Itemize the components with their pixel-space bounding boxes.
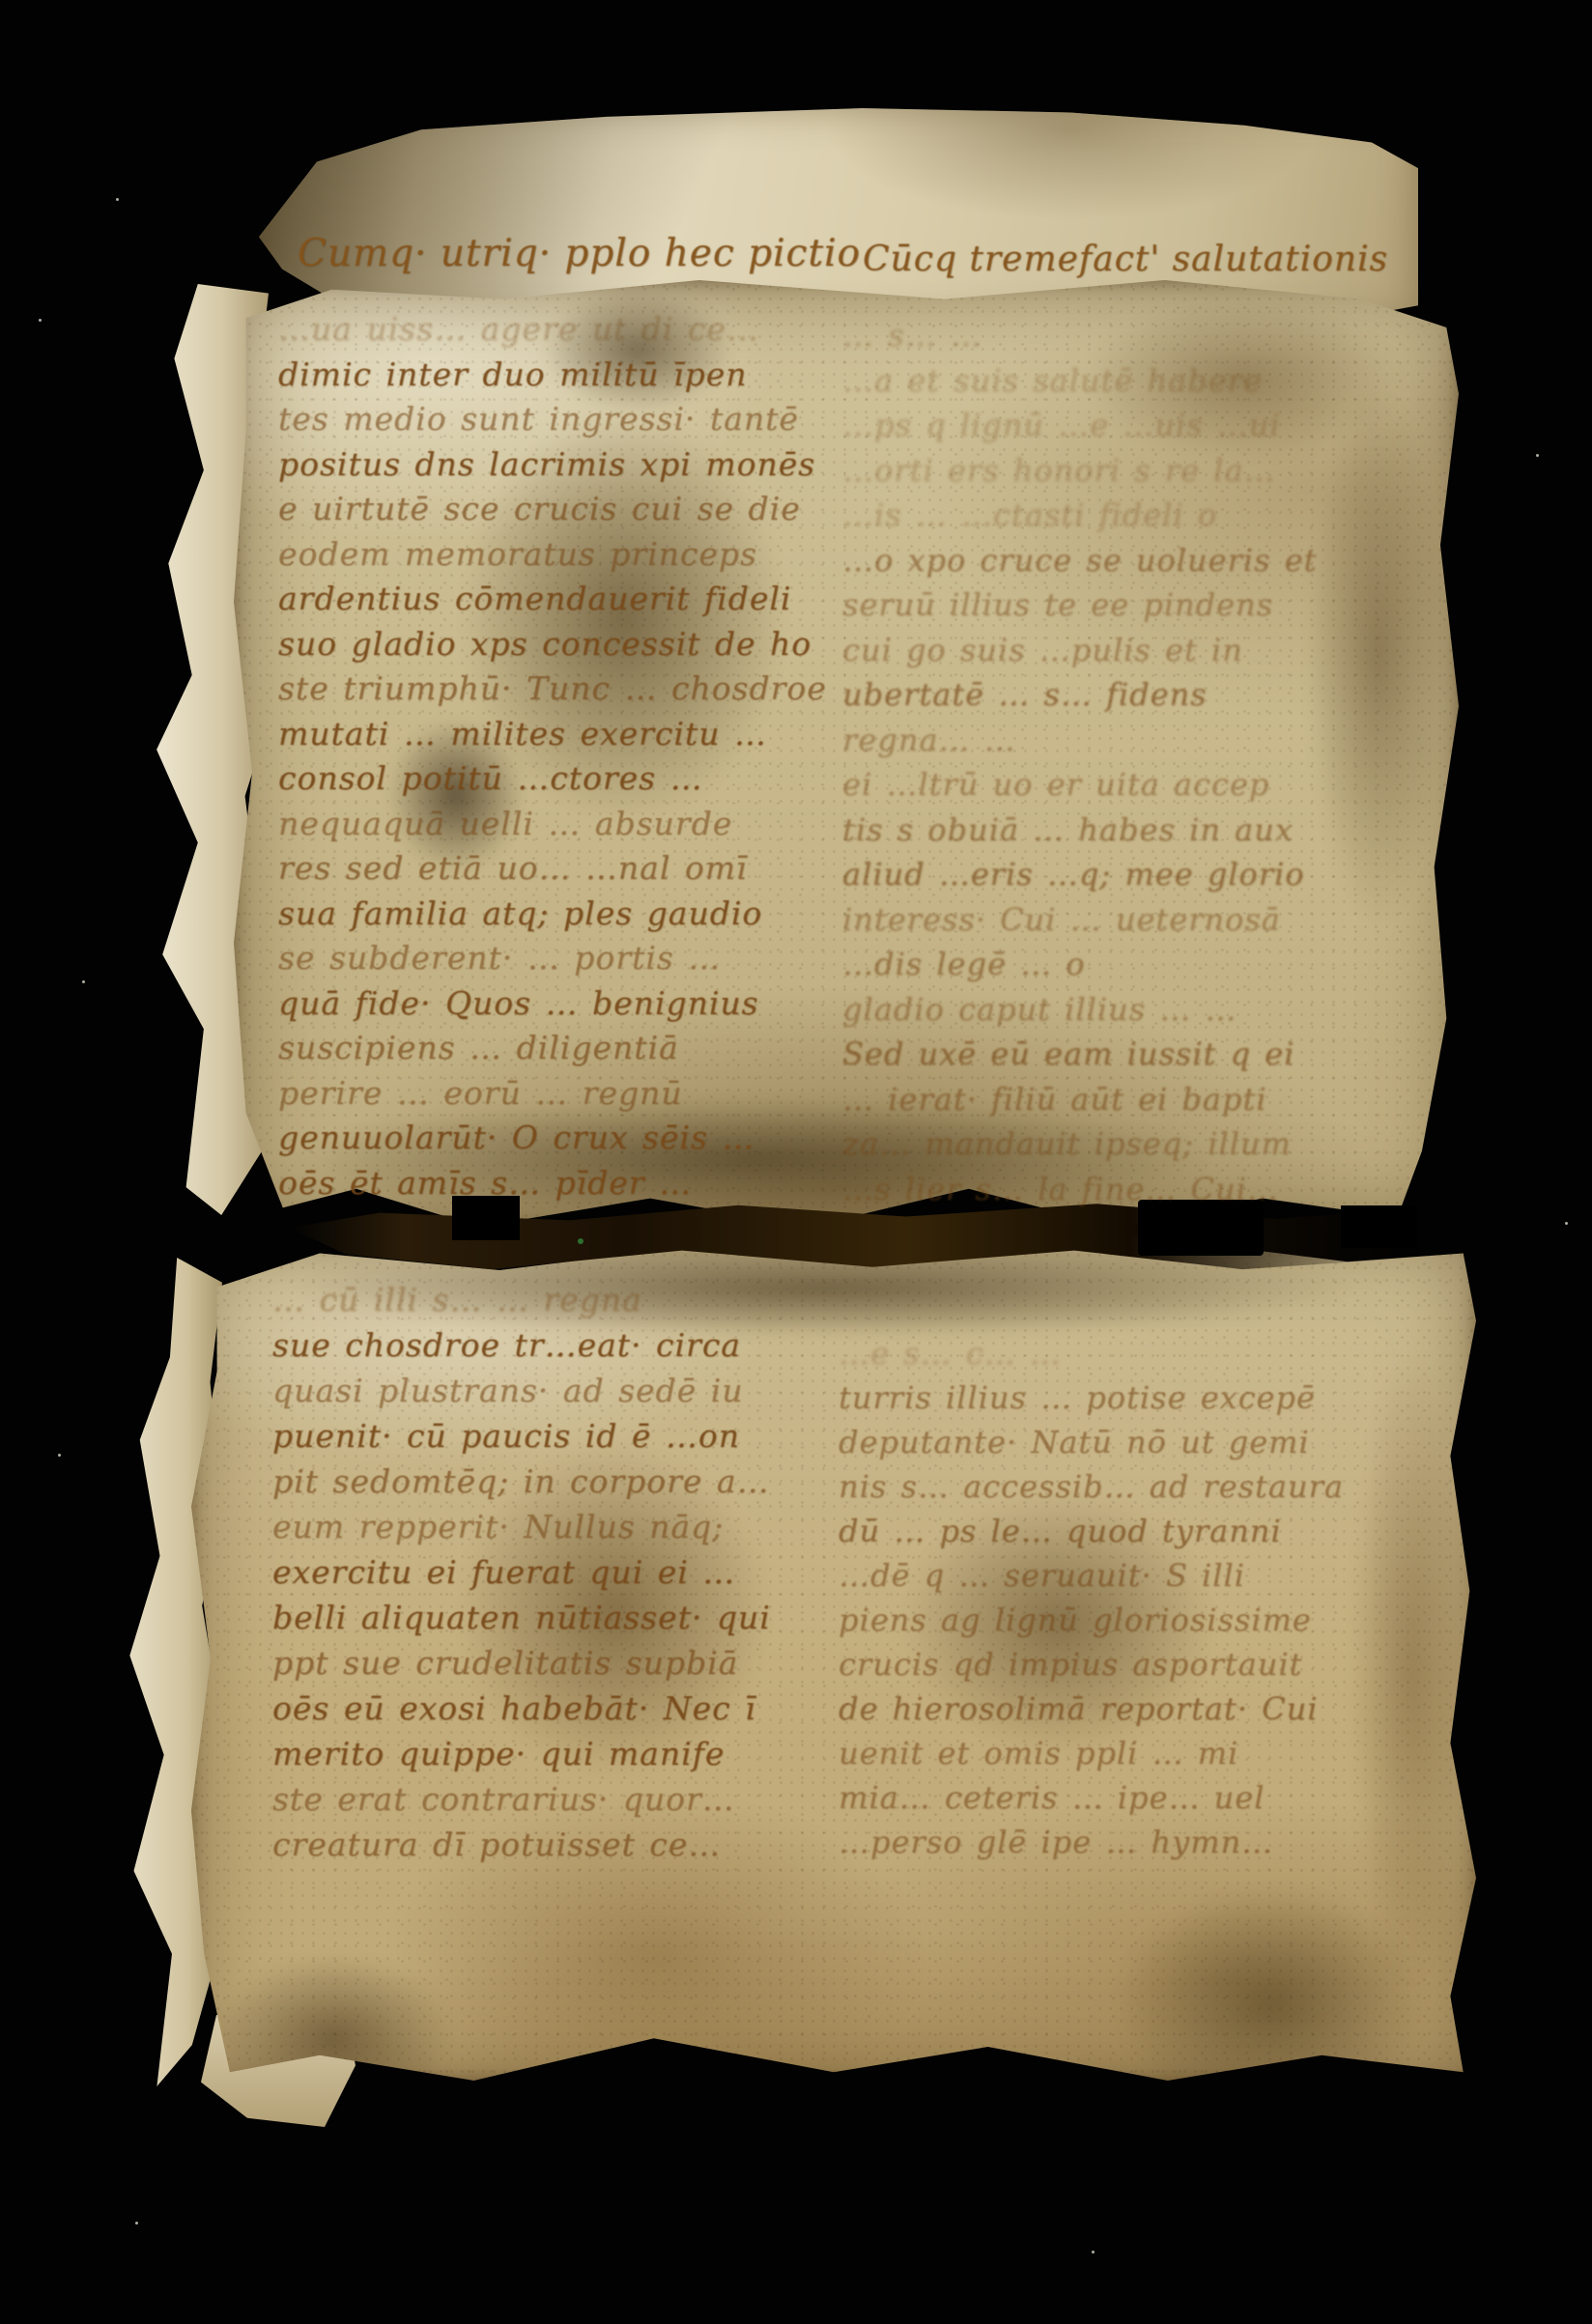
manuscript-line: belli aliquaten nūtiasset· qui — [272, 1595, 840, 1640]
manuscript-line: seruū illius te ee pindens — [842, 582, 1410, 628]
manuscript-line: eodem memoratus princeps — [278, 532, 827, 578]
manuscript-line: …orti ers honori s re la… — [842, 448, 1410, 494]
lower-folio-left-column: … cū illi s… … regnasue chosdroe tr…eat·… — [272, 1277, 840, 1867]
manuscript-line: nequaquā uelli … absurde — [278, 802, 827, 847]
running-header-left: Cumq· utriq· pplo hec pictio — [298, 232, 861, 275]
manuscript-line: interess· Cui … ueternosā — [842, 897, 1410, 943]
stain — [1109, 1882, 1433, 2128]
dust-speck — [1565, 1222, 1568, 1225]
manuscript-line: gladio caput illius … … — [842, 987, 1410, 1033]
manuscript-line: ste erat contrarius· quor… — [272, 1776, 840, 1822]
manuscript-line: mia… ceteris … ipe… uel — [839, 1775, 1422, 1820]
manuscript-line: ste triumphū· Tunc … chosdroe — [278, 666, 827, 712]
manuscript-line: …s lier s… la fine… Cui… — [842, 1167, 1410, 1212]
manuscript-line: …dē q … seruauit· S illi — [839, 1553, 1422, 1598]
upper-folio-left-column: …ua uiss… agere ut di ce…dimic inter duo… — [278, 307, 827, 1205]
manuscript-line: pit sedomtēq; in corpore a… — [272, 1459, 840, 1504]
dust-speck — [116, 198, 119, 201]
manuscript-line: suscipiens … diligentiā — [278, 1026, 827, 1071]
upper-folio-right-column: … s… ……a et suis salutē habere…ps q lign… — [842, 313, 1410, 1211]
manuscript-line: res sed etiā uo… …nal omī — [278, 846, 827, 892]
manuscript-line: quasi plustrans· ad sedē iu — [272, 1368, 840, 1413]
manuscript-line: tes medio sunt ingressi· tantē — [278, 397, 827, 442]
manuscript-line: ardentius cōmendauerit fideli — [278, 577, 827, 622]
manuscript-line: genuuolarūt· O crux sēis … — [278, 1116, 827, 1161]
manuscript-line: tis s obuiā … habes in aux — [842, 808, 1410, 853]
manuscript-line: sua familia atq; ples gaudio — [278, 892, 827, 937]
manuscript-line: uenit et omis ppli … mi — [839, 1731, 1422, 1775]
manuscript-line: …dis legē … o — [842, 942, 1410, 987]
manuscript-line: … ierat· filiū aūt ei bapti — [842, 1077, 1410, 1122]
manuscript-line: sue chosdroe tr…eat· circa — [272, 1322, 840, 1368]
manuscript-line: … cū illi s… … regna — [272, 1277, 840, 1322]
manuscript-line: de hierosolimā reportat· Cui — [839, 1686, 1422, 1731]
manuscript-line: quā fide· Quos … benignius — [278, 981, 827, 1027]
manuscript-line: ei …ltrū uo er uita accep — [842, 762, 1410, 808]
manuscript-line: …e s… c… … — [839, 1331, 1422, 1375]
dust-speck — [1092, 2251, 1094, 2253]
manuscript-line: mutati … milites exercitu … — [278, 712, 827, 757]
manuscript-line: …perso glē ipe … hymn… — [839, 1820, 1422, 1864]
manuscript-line: suo gladio xps concessit de ho — [278, 622, 827, 667]
manuscript-line: oēs ēt amīs s… pīder … — [278, 1161, 827, 1206]
lower-folio-right-column: …e s… c… …turris illius … potise excepēd… — [839, 1331, 1422, 1864]
dust-speck — [82, 980, 85, 983]
manuscript-line: ppt sue crudelitatis supbiā — [272, 1640, 840, 1686]
manuscript-line: consol potitū …ctores … — [278, 756, 827, 802]
manuscript-line: deputante· Natū nō ut gemi — [839, 1420, 1422, 1464]
manuscript-line: piens ag lignū gloriosissime — [839, 1598, 1422, 1642]
dust-speck — [135, 2222, 138, 2225]
dust-speck — [39, 319, 42, 322]
manuscript-photo-canvas: Cumq· utriq· pplo hec pictio Cūcq tremef… — [0, 0, 1592, 2324]
manuscript-line: creatura dī potuisset ce… — [272, 1822, 840, 1867]
manuscript-line: perire … eorū … regnū — [278, 1071, 827, 1117]
manuscript-line: dimic inter duo militū īpen — [278, 353, 827, 398]
manuscript-line: puenit· cū paucis id ē …on — [272, 1413, 840, 1459]
manuscript-line: za… mandauit ipseq; illum — [842, 1121, 1410, 1167]
manuscript-line: dū … ps le… quod tyranni — [839, 1509, 1422, 1553]
manuscript-line: ubertatē … s… fidens — [842, 672, 1410, 718]
dust-speck — [1536, 454, 1539, 457]
manuscript-line: … s… … — [842, 313, 1410, 358]
manuscript-line: se subderent· … portis … — [278, 936, 827, 981]
manuscript-line: oēs eū exosi habebāt· Nec ī — [272, 1686, 840, 1731]
binding-hole — [1341, 1205, 1418, 1248]
manuscript-line: …ps q lignū …e …uis …ui — [842, 403, 1410, 448]
running-header-right: Cūcq tremefact' salutationis — [863, 240, 1388, 279]
manuscript-line: turris illius … potise excepē — [839, 1375, 1422, 1420]
manuscript-line: …is … …ctasti fideli o — [842, 493, 1410, 538]
manuscript-line: aliud …eris …q; mee glorio — [842, 852, 1410, 897]
manuscript-line: merito quippe· qui manife — [272, 1731, 840, 1776]
manuscript-line: exercitu ei fuerat qui ei … — [272, 1549, 840, 1595]
manuscript-line: e uirtutē sce crucis cui se die — [278, 487, 827, 532]
manuscript-line: regna… … — [842, 718, 1410, 763]
dust-speck — [58, 1454, 61, 1457]
manuscript-line: …ua uiss… agere ut di ce… — [278, 307, 827, 353]
manuscript-line: cui go suis …pulis et in — [842, 628, 1410, 673]
manuscript-line: nis s… accessib… ad restaura — [839, 1464, 1422, 1509]
manuscript-line: positus dns lacrimis xpi monēs — [278, 442, 827, 488]
manuscript-line: …a et suis salutē habere — [842, 358, 1410, 404]
green-speck — [578, 1238, 583, 1244]
manuscript-line: eum repperit· Nullus nāq; — [272, 1504, 840, 1549]
manuscript-line: Sed uxē eū eam iussit q ei — [842, 1032, 1410, 1077]
manuscript-line: …o xpo cruce se uolueris et — [842, 538, 1410, 583]
manuscript-line: crucis qd impius asportauit — [839, 1642, 1422, 1686]
